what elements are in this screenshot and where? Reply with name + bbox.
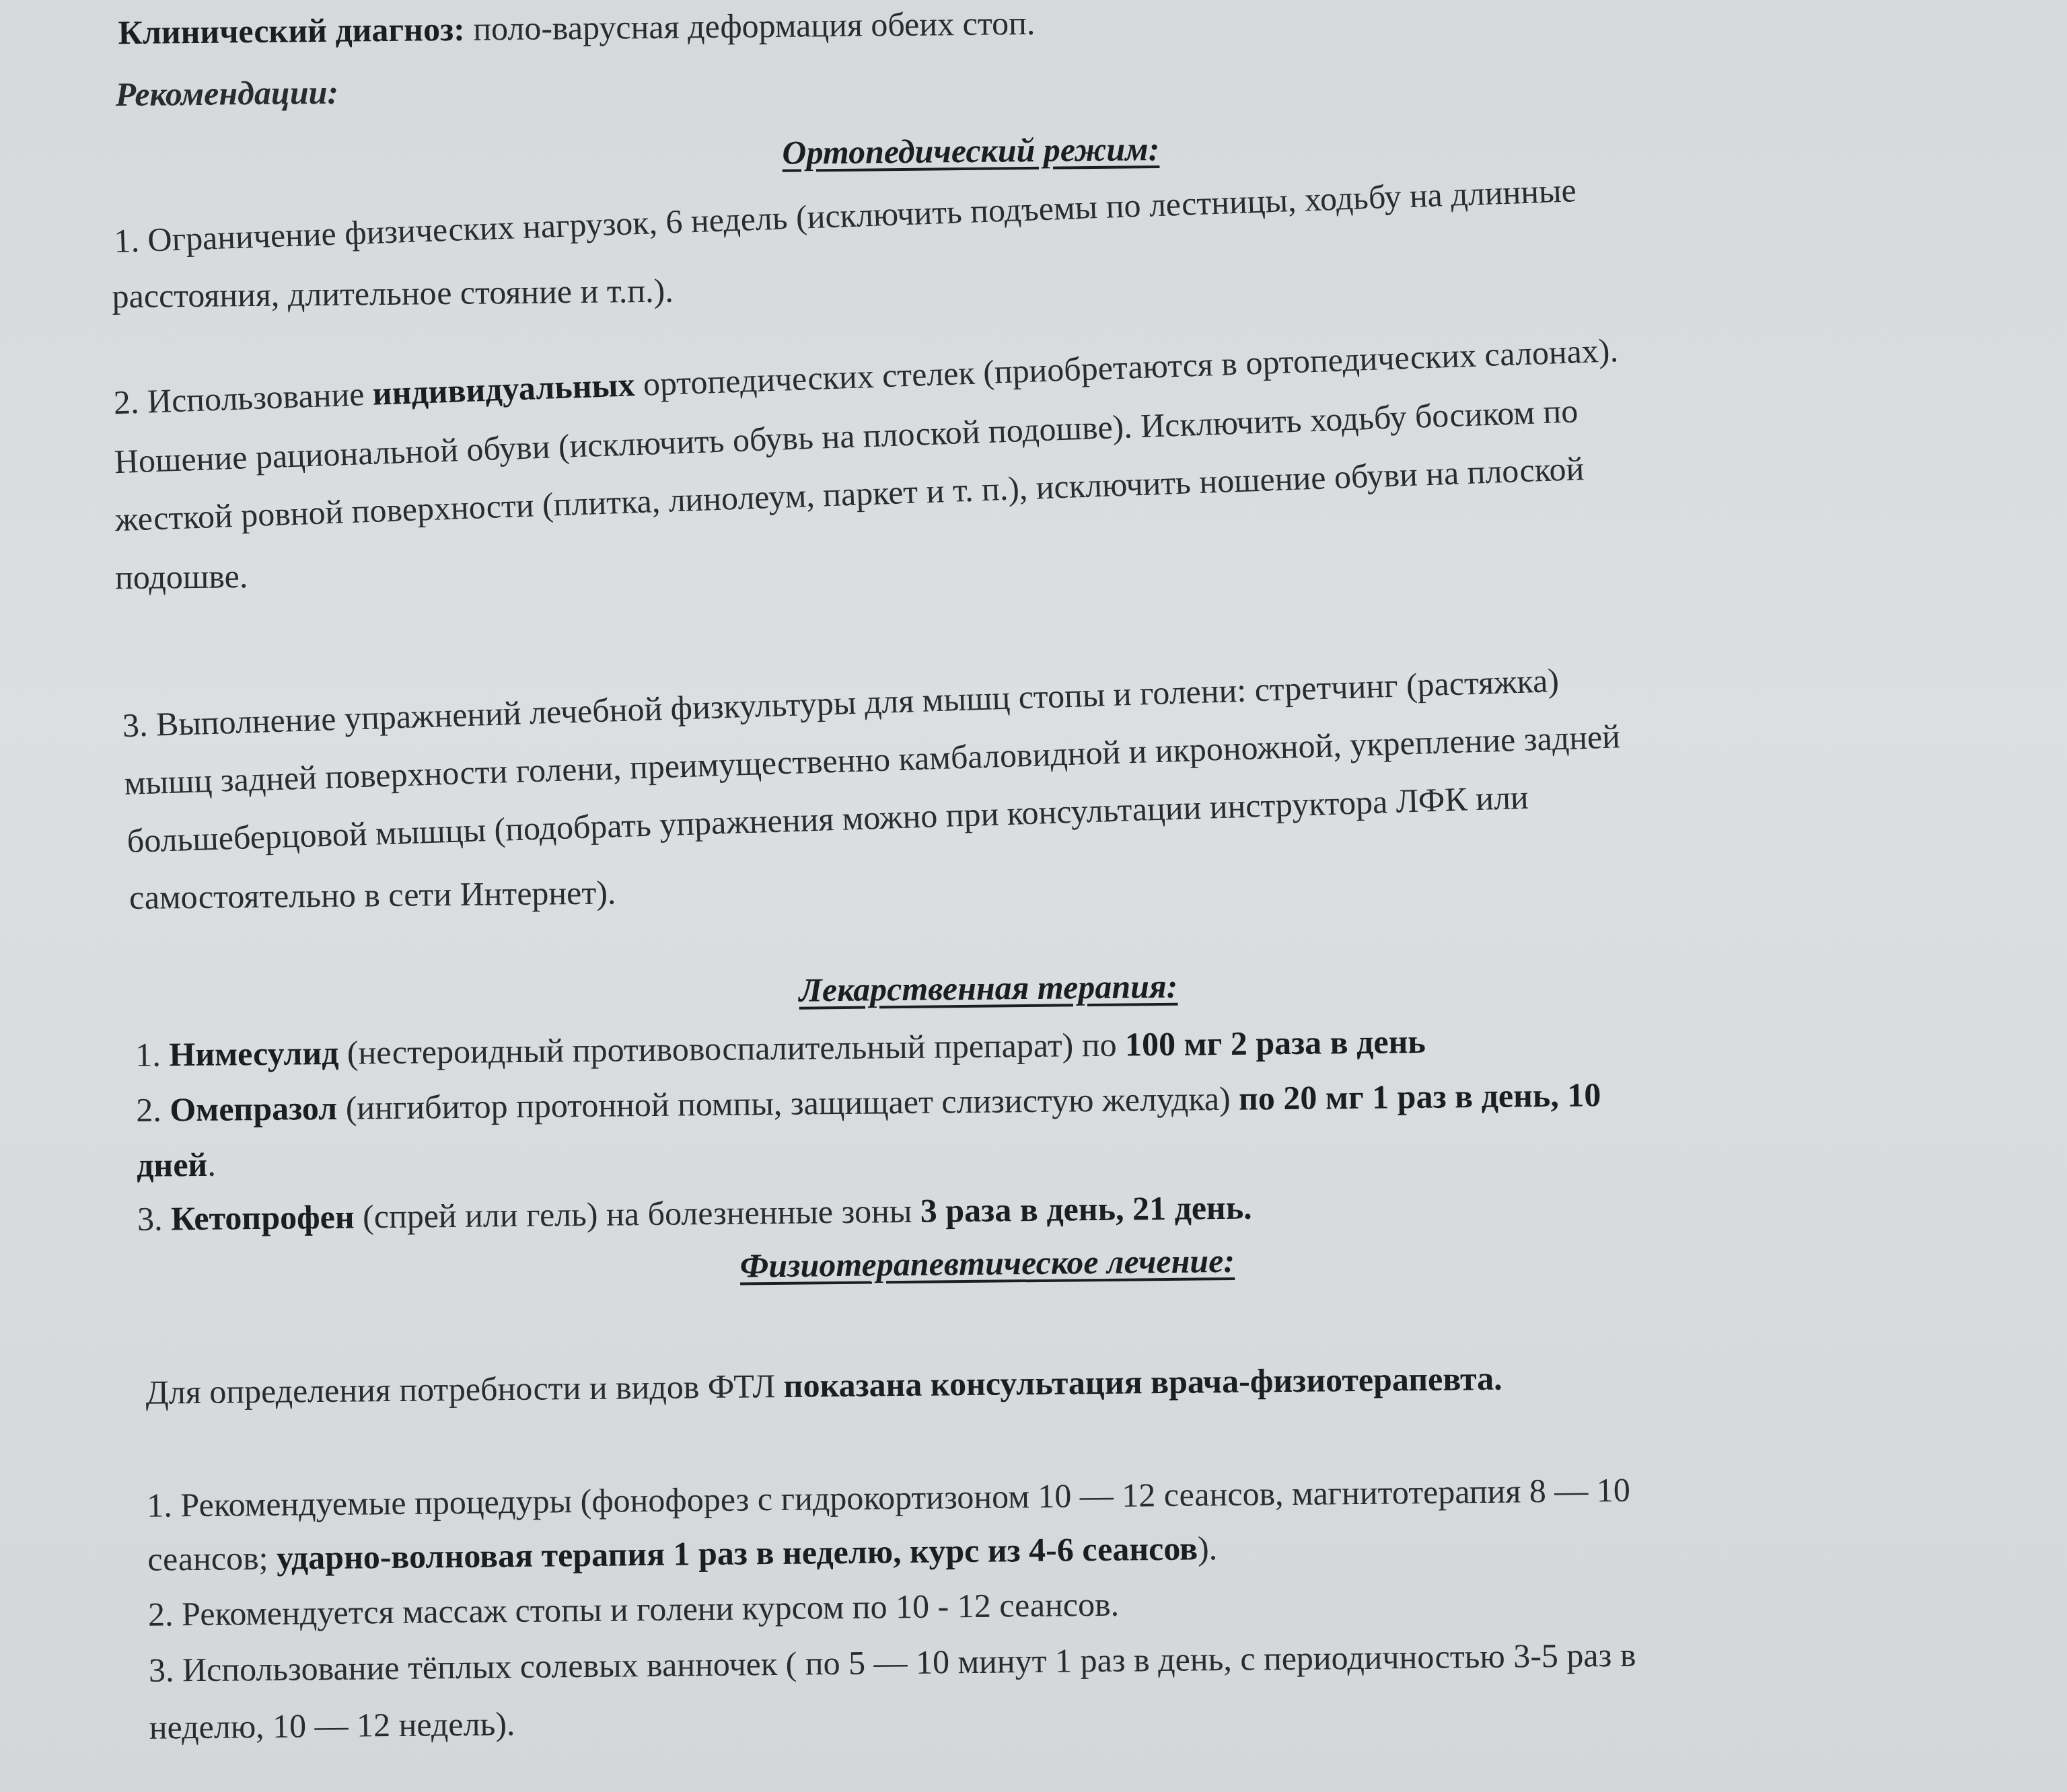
physio-heading: Физиотерапевтическое лечение: <box>739 1241 1235 1285</box>
orthopedic-heading: Ортопедический режим: <box>782 129 1159 172</box>
physio-item-1-line-2: сеансов; ударно-волновая терапия 1 раз в… <box>147 1528 1217 1579</box>
recommendations-label: Рекомендации: <box>115 72 338 114</box>
text: . <box>207 1146 216 1183</box>
physio-item-1-line-1: 1. Рекомендуемые процедуры (фонофорез с … <box>147 1470 1630 1526</box>
drug-description: (нестероидный противовоспалительный преп… <box>338 1026 1125 1072</box>
drug-item-1: 1. Нимесулид (нестероидный противовоспал… <box>135 1021 1426 1075</box>
emphasis-text: показана консультация врача-физиотерапев… <box>783 1359 1502 1405</box>
emphasis-text: ударно-волновая терапия 1 раз в неделю, … <box>277 1529 1198 1576</box>
text: 2. Использование <box>113 375 373 421</box>
orthopedic-item-3-line-4: самостоятельно в сети Интернет). <box>129 872 616 918</box>
item-number: 2. <box>136 1090 170 1129</box>
orthopedic-item-2-line-4: подошве. <box>115 556 248 597</box>
item-number: 3. <box>137 1199 172 1238</box>
diagnosis-value: поло-варусная деформация обеих стоп. <box>464 4 1035 48</box>
drug-dose: 100 мг 2 раза в день <box>1125 1022 1426 1063</box>
physio-intro: Для определения потребности и видов ФТЛ … <box>145 1358 1502 1413</box>
item-number: 1. <box>135 1035 170 1074</box>
drug-name: Нимесулид <box>169 1034 339 1074</box>
physio-item-2: 2. Рекомендуется массаж стопы и голени к… <box>148 1584 1120 1635</box>
emphasis-text: индивидуальных <box>372 365 636 412</box>
drug-name: Омепразол <box>170 1089 338 1129</box>
text: ). <box>1198 1529 1218 1567</box>
drug-dose: дней <box>137 1146 208 1184</box>
diagnosis-line: Клинический диагноз: поло-варусная дефор… <box>118 3 1035 52</box>
document-page: Клинический диагноз: поло-варусная дефор… <box>0 0 2067 1792</box>
drug-item-3: 3. Кетопрофен (спрей или гель) на болезн… <box>137 1187 1252 1239</box>
drug-dose: 3 раза в день, 21 день. <box>920 1189 1252 1230</box>
drug-item-2: 2. Омепразол (ингибитор протонной помпы,… <box>136 1074 1601 1130</box>
drug-dose: по 20 мг 1 раз в день, 10 <box>1239 1076 1601 1117</box>
physio-item-3-line-2: неделю, 10 — 12 недель). <box>149 1703 515 1748</box>
drug-name: Кетопрофен <box>171 1198 355 1238</box>
diagnosis-label: Клинический диагноз: <box>118 10 465 51</box>
drug-description: (ингибитор протонной помпы, защищает сли… <box>337 1080 1239 1127</box>
drug-item-2-continuation: дней. <box>137 1144 216 1185</box>
text: сеансов; <box>147 1539 277 1578</box>
drug-description: (спрей или гель) на болезненные зоны <box>354 1192 920 1236</box>
orthopedic-item-1-line-2: расстояния, длительное стояние и т.п.). <box>112 270 674 317</box>
physio-item-3-line-1: 3. Использование тёплых солевых ванночек… <box>149 1635 1636 1690</box>
orthopedic-item-1-line-1: 1. Ограничение физических нагрузок, 6 не… <box>113 170 1576 261</box>
drug-therapy-heading: Лекарственная терапия: <box>799 967 1177 1010</box>
text: Для определения потребности и видов ФТЛ <box>145 1367 784 1411</box>
text: ортопедических стелек (приобретаются в о… <box>634 331 1618 403</box>
